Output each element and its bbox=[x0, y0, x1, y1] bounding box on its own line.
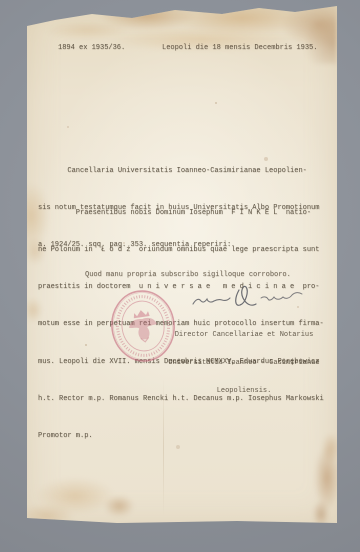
photo-background: 1894 ex 1935/36. Leopoli die 18 mensis D… bbox=[0, 0, 360, 552]
stain-bottom-left bbox=[23, 458, 163, 528]
body-line: ne Polonum in Ł ó d ź oriundum omnibus q… bbox=[38, 244, 324, 256]
body-line: Cancellaria Universitatis Ioanneo-Casimi… bbox=[38, 165, 319, 177]
document-paper: 1894 ex 1935/36. Leopoli die 18 mensis D… bbox=[27, 6, 337, 524]
caption-line: Director Cancellariae et Notarius bbox=[154, 331, 334, 340]
dateline: Leopoli die 18 mensis Decembris 1935. bbox=[162, 42, 317, 54]
reference-number: 1894 ex 1935/36. bbox=[58, 42, 125, 54]
caption-line: Leopoliensis. bbox=[154, 387, 334, 396]
body-line: Promotor m.p. bbox=[38, 430, 324, 442]
body-line: Praesentibus nobis Dominum Iosephum F I … bbox=[38, 207, 324, 219]
foxing-specks bbox=[27, 6, 29, 8]
signature-caption-block: Director Cancellariae et Notarius Univer… bbox=[154, 312, 334, 415]
caption-line: Universitatis Ioanneo - Casimirianae bbox=[154, 359, 334, 368]
